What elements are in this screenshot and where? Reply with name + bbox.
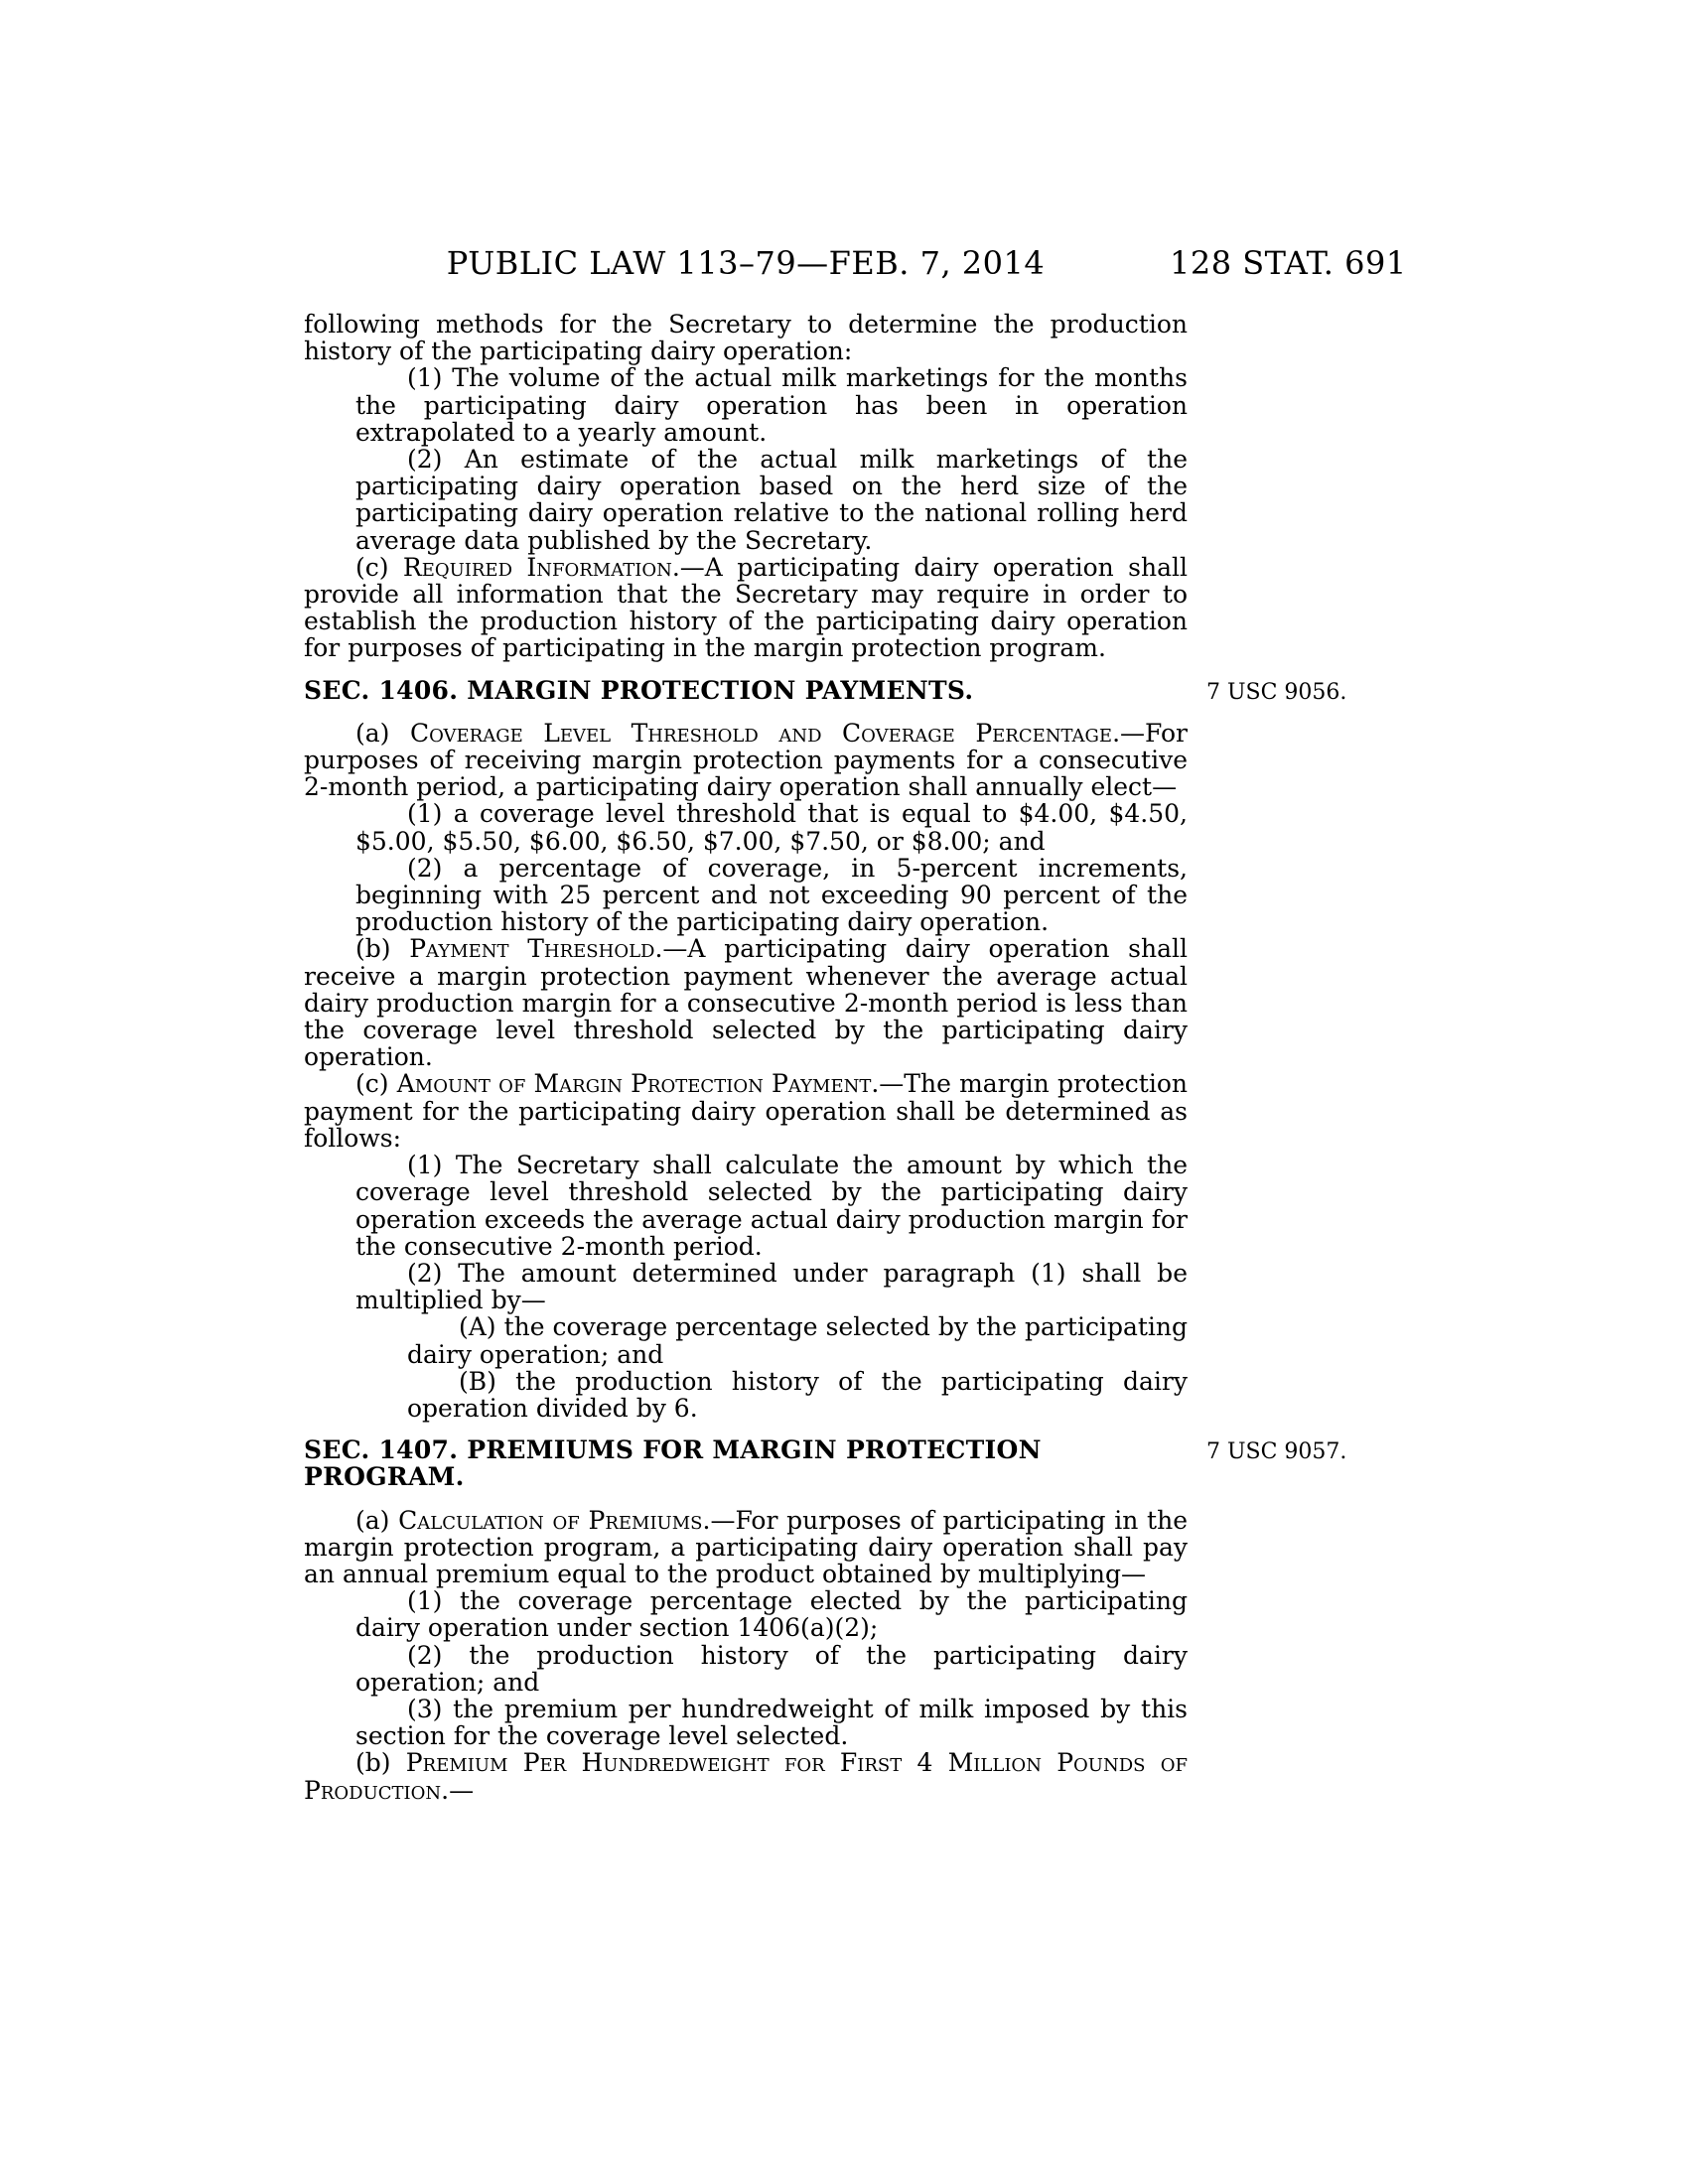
statute-text: (a)	[355, 1506, 398, 1535]
page-header-stat-number: 128 STAT. 691	[1170, 244, 1407, 282]
section-heading: SEC. 1407. PREMIUMS FOR MARGIN PROTECTIO…	[304, 1436, 1188, 1490]
statute-text: (a)	[355, 719, 410, 748]
smallcaps-term: Required Information	[403, 553, 672, 582]
statute-paragraph: (2) An estimate of the actual milk marke…	[355, 446, 1188, 554]
statute-paragraph: (b) Premium Per Hundredweight for First …	[304, 1749, 1188, 1803]
statute-paragraph: (2) The amount determined under paragrap…	[355, 1260, 1188, 1313]
statute-text: .—	[441, 1776, 474, 1805]
statute-text: (2) a percentage of coverage, in 5-perce…	[355, 854, 1188, 936]
statute-paragraph: (1) The volume of the actual milk market…	[355, 364, 1188, 446]
statute-paragraph: (3) the premium per hundredweight of mil…	[355, 1696, 1188, 1749]
statute-text: (b)	[355, 934, 409, 963]
statute-paragraph: (a) Coverage Level Threshold and Coverag…	[304, 720, 1188, 801]
statute-paragraph: (c) Amount of Margin Protection Payment.…	[304, 1070, 1188, 1152]
statute-paragraph: (1) the coverage percentage elected by t…	[355, 1587, 1188, 1641]
statute-text: SEC. 1407. PREMIUMS FOR MARGIN PROTECTIO…	[304, 1435, 1042, 1491]
statute-text: (1) the coverage percentage elected by t…	[355, 1586, 1188, 1642]
statute-text: (2) the production history of the partic…	[355, 1641, 1188, 1697]
smallcaps-term: Calculation of Premiums	[398, 1506, 702, 1535]
statute-page: PUBLIC LAW 113–79—FEB. 7, 2014 128 STAT.…	[0, 0, 1688, 2184]
statute-text: SEC. 1406. MARGIN PROTECTION PAYMENTS.	[304, 676, 973, 705]
usc-margin-note: 7 USC 9056.	[1206, 680, 1435, 706]
statute-text: (B) the production history of the partic…	[407, 1367, 1188, 1423]
smallcaps-term: Payment Threshold	[409, 934, 654, 963]
smallcaps-term: Amount of Margin Protection Payment	[397, 1069, 872, 1098]
statute-text: (2) The amount determined under paragrap…	[355, 1259, 1188, 1314]
statute-text: (A) the coverage percentage selected by …	[407, 1312, 1188, 1368]
statute-paragraph: following methods for the Secretary to d…	[304, 311, 1188, 364]
statute-text: (1) The Secretary shall calculate the am…	[355, 1151, 1188, 1261]
section-heading: SEC. 1406. MARGIN PROTECTION PAYMENTS.	[304, 677, 1188, 704]
statute-body: following methods for the Secretary to d…	[304, 311, 1188, 1804]
statute-text: following methods for the Secretary to d…	[304, 310, 1188, 365]
statute-paragraph: (b) Payment Threshold.—A participating d…	[304, 935, 1188, 1070]
statute-paragraph: (2) the production history of the partic…	[355, 1642, 1188, 1696]
smallcaps-term: Premium Per Hundredweight for First 4 Mi…	[304, 1748, 1188, 1804]
statute-text: (1) The volume of the actual milk market…	[355, 363, 1188, 446]
statute-paragraph: (B) the production history of the partic…	[407, 1368, 1188, 1422]
statute-text: (c)	[355, 553, 403, 582]
usc-margin-note: 7 USC 9057.	[1206, 1439, 1435, 1465]
statute-text: (1) a coverage level threshold that is e…	[355, 799, 1188, 855]
statute-text: (3) the premium per hundredweight of mil…	[355, 1695, 1188, 1750]
statute-paragraph: (a) Calculation of Premiums.—For purpose…	[304, 1507, 1188, 1588]
statute-text: (b)	[355, 1748, 406, 1777]
statute-paragraph: (A) the coverage percentage selected by …	[407, 1313, 1188, 1367]
statute-paragraph: (1) The Secretary shall calculate the am…	[355, 1152, 1188, 1260]
statute-text: (c)	[355, 1069, 397, 1098]
smallcaps-term: Coverage Level Threshold and Coverage Pe…	[410, 719, 1112, 748]
statute-paragraph: (2) a percentage of coverage, in 5-perce…	[355, 855, 1188, 936]
statute-paragraph: (1) a coverage level threshold that is e…	[355, 800, 1188, 854]
statute-paragraph: (c) Required Information.—A participatin…	[304, 554, 1188, 662]
page-header-law-title: PUBLIC LAW 113–79—FEB. 7, 2014	[304, 244, 1188, 282]
statute-text: (2) An estimate of the actual milk marke…	[355, 445, 1188, 555]
